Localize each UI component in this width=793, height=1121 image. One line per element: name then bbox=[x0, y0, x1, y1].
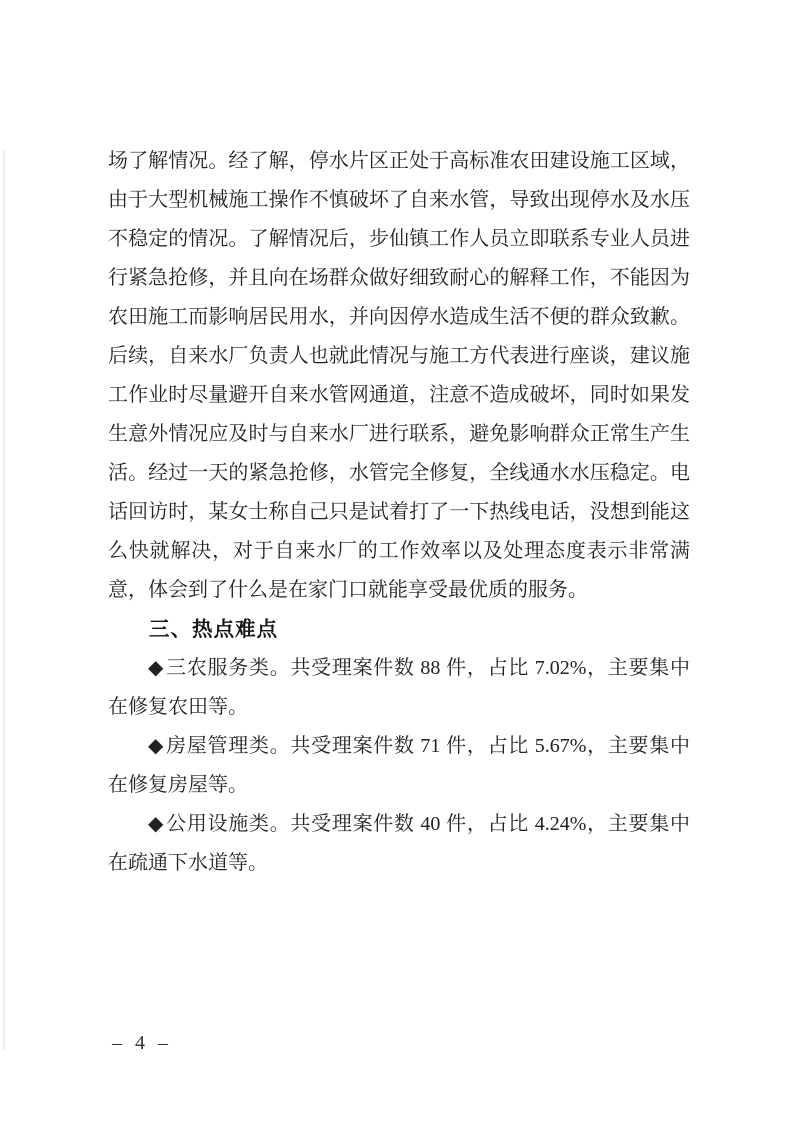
page-number: – 4 – bbox=[112, 1032, 172, 1055]
bullet-text: 公用设施类。共受理案件数 40 件，占比 4.24%，主要集中在疏通下水道等。 bbox=[108, 813, 690, 874]
diamond-bullet-icon: ◆ bbox=[148, 735, 164, 757]
body-paragraph: 场了解情况。经了解，停水片区正处于高标准农田建设施工区域，由于大型机械施工操作不… bbox=[108, 142, 690, 610]
diamond-bullet-icon: ◆ bbox=[148, 657, 164, 679]
section-heading: 三、热点难点 bbox=[108, 610, 690, 649]
bullet-text: 房屋管理类。共受理案件数 71 件，占比 5.67%，主要集中在修复房屋等。 bbox=[108, 735, 690, 796]
bullet-item: ◆三农服务类。共受理案件数 88 件，占比 7.02%，主要集中在修复农田等。 bbox=[108, 649, 690, 727]
document-page: 场了解情况。经了解，停水片区正处于高标准农田建设施工区域，由于大型机械施工操作不… bbox=[0, 0, 793, 1121]
scan-edge-artifact bbox=[3, 150, 5, 1050]
bullet-item: ◆公用设施类。共受理案件数 40 件，占比 4.24%，主要集中在疏通下水道等。 bbox=[108, 805, 690, 883]
bullet-item: ◆房屋管理类。共受理案件数 71 件，占比 5.67%，主要集中在修复房屋等。 bbox=[108, 727, 690, 805]
document-content: 场了解情况。经了解，停水片区正处于高标准农田建设施工区域，由于大型机械施工操作不… bbox=[108, 142, 690, 883]
bullet-text: 三农服务类。共受理案件数 88 件，占比 7.02%，主要集中在修复农田等。 bbox=[108, 657, 690, 718]
diamond-bullet-icon: ◆ bbox=[148, 813, 164, 835]
